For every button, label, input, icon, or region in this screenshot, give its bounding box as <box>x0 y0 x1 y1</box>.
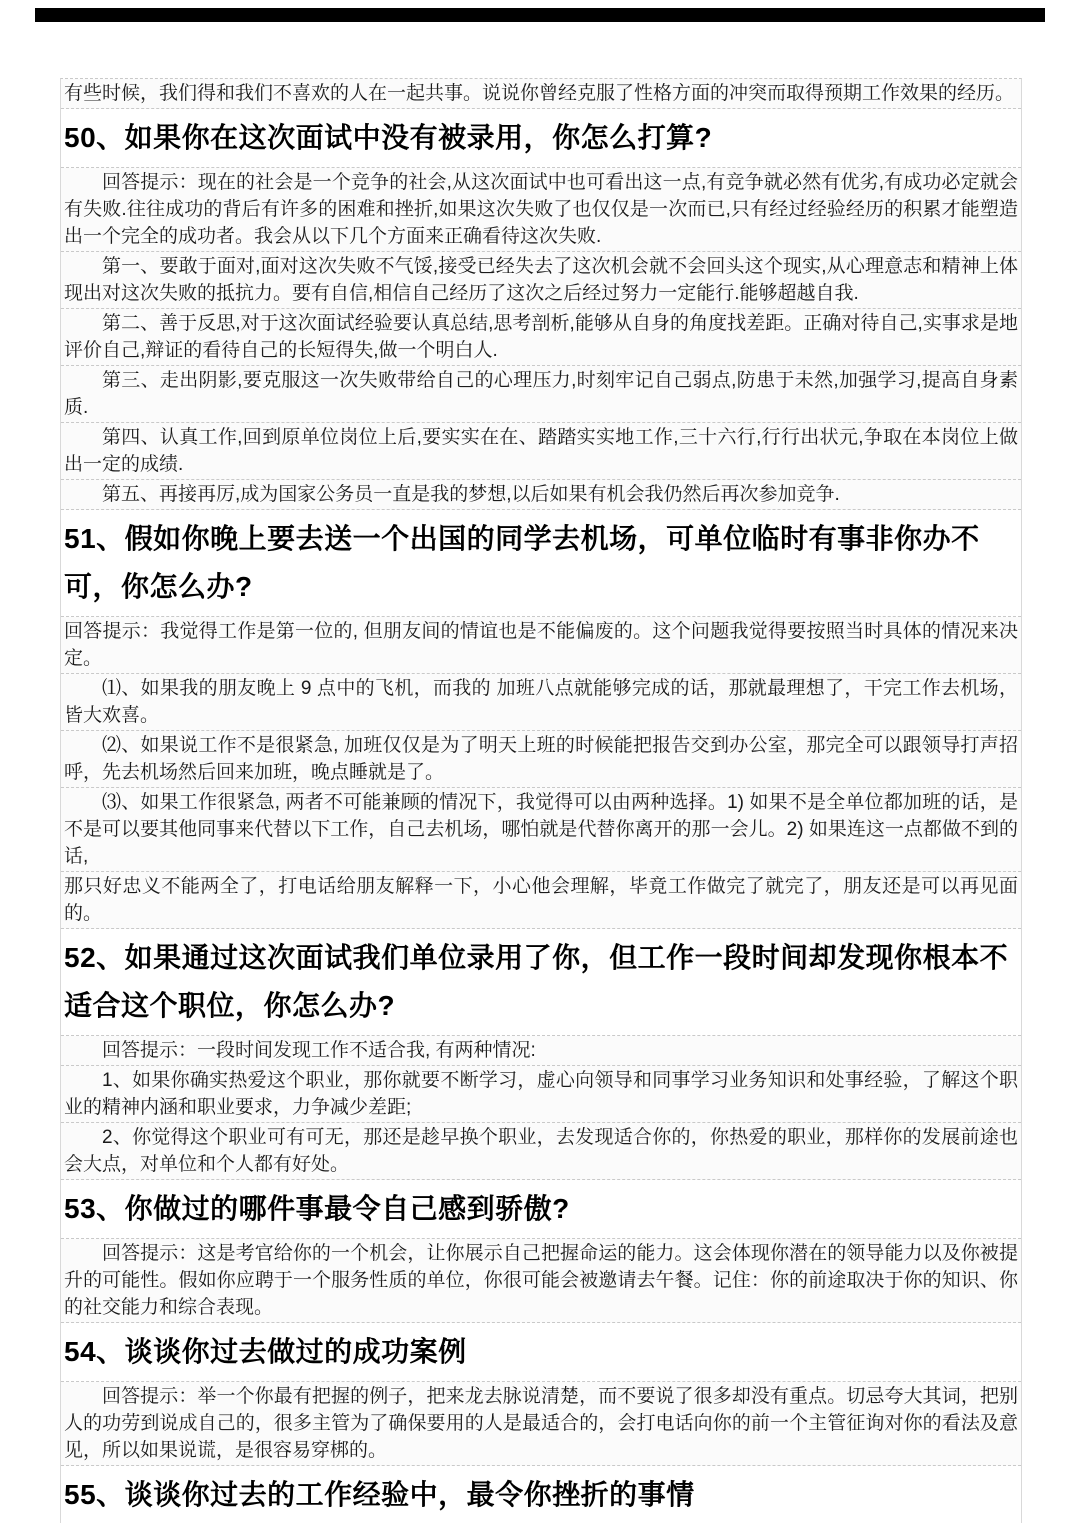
document-page: 有些时候，我们得和我们不喜欢的人在一起共事。说说你曾经克服了性格方面的冲突而取得… <box>0 0 1080 1523</box>
q50-point-2: 第二、善于反思,对于这次面试经验要认真总结,思考剖析,能够从自身的角度找差距。正… <box>61 309 1021 366</box>
q50-point-4: 第四、认真工作,回到原单位岗位上后,要实实在在、踏踏实实地工作,三十六行,行行出… <box>61 423 1021 480</box>
q51-case-2: ⑵、如果说工作不是很紧急, 加班仅仅是为了明天上班的时候能把报告交到办公室，那完… <box>61 731 1021 788</box>
q54-answer-hint: 回答提示：举一个你最有把握的例子，把来龙去脉说清楚，而不要说了很多却没有重点。切… <box>61 1382 1021 1466</box>
q52-option-2: 2、你觉得这个职业可有可无，那还是趁早换个职业，去发现适合你的，你热爱的职业，那… <box>61 1123 1021 1180</box>
q51-case-3-cont: 那只好忠义不能两全了，打电话给朋友解释一下，小心他会理解，毕竟工作做完了就完了，… <box>61 872 1021 929</box>
q51-answer-hint: 回答提示：我觉得工作是第一位的, 但朋友间的情谊也是不能偏废的。这个问题我觉得要… <box>61 617 1021 674</box>
q51-case-3: ⑶、如果工作很紧急, 两者不可能兼顾的情况下，我觉得可以由两种选择。1) 如果不… <box>61 788 1021 872</box>
q50-point-1: 第一、要敢于面对,面对这次失败不气馁,接受已经失去了这次机会就不会回头这个现实,… <box>61 252 1021 309</box>
q52-heading: 52、如果通过这次面试我们单位录用了你，但工作一段时间却发现你根本不适合这个职位… <box>61 929 1021 1036</box>
top-black-bar <box>35 8 1045 22</box>
q54-heading: 54、谈谈你过去做过的成功案例 <box>61 1323 1021 1382</box>
q49-tail-paragraph: 有些时候，我们得和我们不喜欢的人在一起共事。说说你曾经克服了性格方面的冲突而取得… <box>61 79 1021 109</box>
q50-point-5: 第五、再接再厉,成为国家公务员一直是我的梦想,以后如果有机会我仍然后再次参加竞争… <box>61 480 1021 510</box>
q50-point-3: 第三、走出阴影,要克服这一次失败带给自己的心理压力,时刻牢记自己弱点,防患于未然… <box>61 366 1021 423</box>
q53-answer-hint: 回答提示：这是考官给你的一个机会，让你展示自己把握命运的能力。这会体现你潜在的领… <box>61 1239 1021 1323</box>
q50-answer-hint: 回答提示：现在的社会是一个竞争的社会,从这次面试中也可看出这一点,有竞争就必然有… <box>61 168 1021 252</box>
q53-heading: 53、你做过的哪件事最令自己感到骄傲? <box>61 1180 1021 1239</box>
q52-option-1: 1、如果你确实热爱这个职业，那你就要不断学习，虚心向领导和同事学习业务知识和处事… <box>61 1066 1021 1123</box>
q55-heading: 55、谈谈你过去的工作经验中，最令你挫折的事情 <box>61 1466 1021 1523</box>
q50-heading: 50、如果你在这次面试中没有被录用，你怎么打算? <box>61 109 1021 168</box>
interview-question-list: 有些时候，我们得和我们不喜欢的人在一起共事。说说你曾经克服了性格方面的冲突而取得… <box>60 78 1022 1523</box>
q51-case-1: ⑴、如果我的朋友晚上 9 点中的飞机，而我的 加班八点就能够完成的话，那就最理想… <box>61 674 1021 731</box>
q52-answer-hint: 回答提示：一段时间发现工作不适合我, 有两种情况: <box>61 1036 1021 1066</box>
q51-heading: 51、假如你晚上要去送一个出国的同学去机场，可单位临时有事非你办不可，你怎么办? <box>61 510 1021 617</box>
